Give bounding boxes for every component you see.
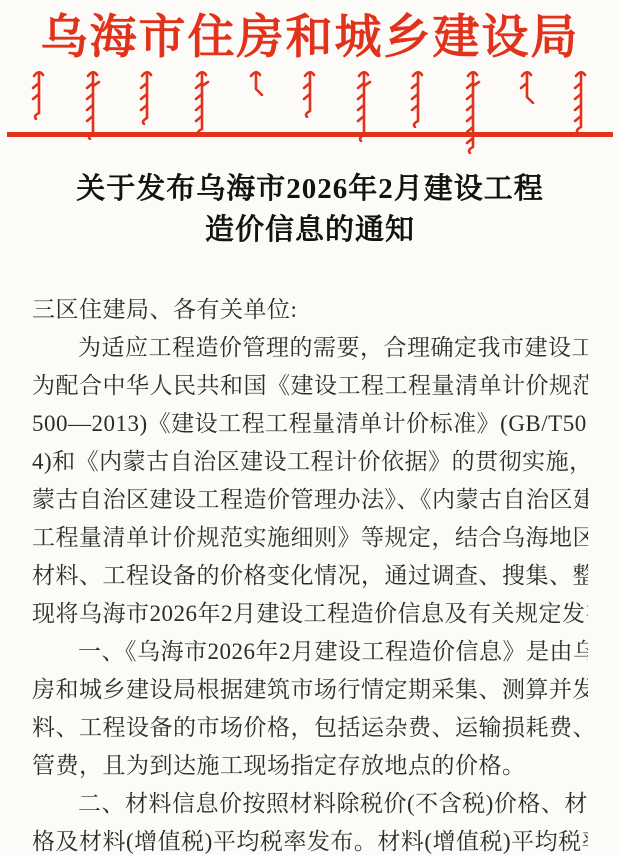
body-text-line: 料、工程设备的市场价格，包括运杂费、运输损耗费、采购及保 (32, 709, 588, 747)
mongolian-word-glyph (518, 70, 536, 104)
title-line-1: 关于发布乌海市2026年2月建设工程 (20, 169, 600, 210)
mongolian-word-glyph (572, 70, 590, 134)
body-text-line: 工程量清单计价规范实施细则》等规定，结合乌海地区建筑市场 (32, 519, 588, 557)
body-text-line: 为适应工程造价管理的需要，合理确定我市建设工程造价， (32, 329, 588, 367)
mongolian-word-glyph (30, 70, 48, 120)
mongolian-word-glyph (409, 70, 427, 128)
mongolian-script-row (30, 70, 590, 132)
body-text-line: 一、《乌海市2026年2月建设工程造价信息》是由乌海市住 (32, 633, 588, 671)
body-text-line: 格及材料(增值税)平均税率发布。材料(增值税)平均税率可参考 (32, 823, 588, 855)
body-text-line: 二、材料信息价按照材料除税价(不含税)价格、材料含税价 (32, 785, 588, 823)
mongolian-word-glyph (84, 70, 102, 140)
document-title: 关于发布乌海市2026年2月建设工程 造价信息的通知 (20, 169, 600, 251)
body-text-line: 房和城乡建设局根据建筑市场行情定期采集、测算并发布的材 (32, 671, 588, 709)
title-line-2: 造价信息的通知 (20, 210, 600, 251)
body-text-line: 管费，且为到达施工现场指定存放地点的价格。 (32, 747, 588, 785)
mongolian-word-glyph (193, 70, 211, 136)
body-text-line: 4)和《内蒙古自治区建设工程计价依据》的贯彻实施，按照《内 (32, 443, 588, 481)
mongolian-word-glyph (464, 70, 482, 154)
scanned-notice-page: 乌海市住房和城乡建设局 关于发布乌海市2026年2月建设工程 造价信息的通知 三… (0, 0, 620, 855)
body-text-line: 500—2013)《建设工程工程量清单计价标准》(GB/T50500—202 (32, 405, 588, 443)
document-body: 三区住建局、各有关单位:为适应工程造价管理的需要，合理确定我市建设工程造价，为配… (32, 291, 588, 855)
mongolian-word-glyph (301, 70, 319, 118)
mongolian-word-glyph (247, 70, 265, 96)
mongolian-word-glyph (138, 70, 156, 125)
body-text-line: 三区住建局、各有关单位: (32, 291, 588, 329)
agency-name: 乌海市住房和城乡建设局 (0, 10, 620, 66)
body-text-line: 蒙古自治区建设工程造价管理办法》、《内蒙古自治区建设工程 (32, 481, 588, 519)
body-text-line: 为配合中华人民共和国《建设工程工程量清单计价规范》(GB50 (32, 367, 588, 405)
mongolian-word-glyph (355, 70, 373, 142)
body-text-line: 材料、工程设备的价格变化情况，通过调查、搜集、整理和测算， (32, 557, 588, 595)
body-text-line: 现将乌海市2026年2月建设工程造价信息及有关规定发布如下: (32, 595, 588, 633)
